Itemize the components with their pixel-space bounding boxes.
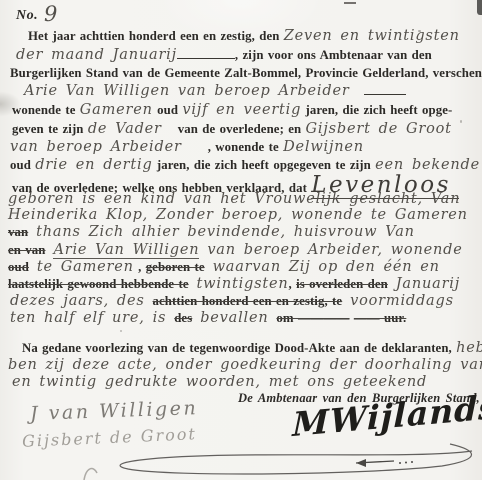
printed-text-struck: geboren te bbox=[146, 260, 205, 274]
blank-rule bbox=[364, 83, 406, 95]
handwritten-text: en twintig gedrukte woorden, met ons get… bbox=[12, 374, 427, 390]
document-line: ben zij deze acte, onder goedkeuring der… bbox=[8, 356, 482, 374]
handwritten-text: drie en dertig bbox=[35, 157, 152, 173]
document-line: Arie Van Willigen van beroep Arbeider bbox=[24, 82, 406, 100]
printed-text: , bbox=[134, 260, 146, 274]
scan-corner-mark bbox=[477, 0, 482, 15]
document-page: No. 9 Het jaar achttien honderd een en z… bbox=[0, 0, 482, 480]
printed-text-struck: oud bbox=[8, 260, 29, 274]
printed-text-struck: om ———— bbox=[276, 311, 349, 325]
document-line: Na gedane voorlezing van de tegenwoordig… bbox=[22, 339, 482, 357]
handwritten-text: Gameren bbox=[80, 102, 153, 118]
handwritten-text: heb bbox=[456, 340, 482, 356]
handwritten-text: Gijsbert de Groot bbox=[306, 121, 452, 137]
printed-text-struck: is overleden den bbox=[296, 277, 388, 291]
handwritten-text: Januarij bbox=[388, 276, 460, 292]
blank-rule bbox=[177, 47, 235, 59]
printed-text: Burgerlijken Stand van de Gemeente Zalt-… bbox=[10, 66, 482, 80]
printed-text-struck: laatstelijk gewoond hebbende te bbox=[8, 277, 189, 291]
printed-text: van de overledene; en bbox=[178, 122, 306, 136]
printed-text: jaren, die zich heeft opgegeven te zijn bbox=[153, 158, 376, 172]
printed-text-struck: en van bbox=[8, 243, 46, 257]
printed-text: jaren, die zich heeft opge- bbox=[301, 103, 452, 117]
handwritten-text: Delwijnen bbox=[283, 139, 364, 155]
printed-text-struck: —— uur. bbox=[354, 311, 406, 325]
handwritten-text: de Vader bbox=[88, 121, 162, 137]
handwritten-text: dezes jaars, des bbox=[10, 293, 153, 309]
printed-text: , wonende te bbox=[208, 140, 283, 154]
act-number-label: No. bbox=[16, 8, 38, 24]
scan-speck bbox=[460, 120, 462, 123]
handwritten-text: ten half elf ure, is bbox=[10, 310, 174, 326]
act-number-value: 9 bbox=[44, 2, 57, 26]
scan-speck bbox=[120, 330, 122, 332]
printed-text-struck: des bbox=[174, 311, 192, 325]
handwritten-text: voormiddags bbox=[342, 293, 454, 309]
document-line: Burgerlijken Stand van de Gemeente Zalt-… bbox=[10, 64, 482, 82]
document-line: dezes jaars, des achttien honderd een en… bbox=[10, 292, 454, 310]
handwritten-text: thans Zich alhier bevindende, huisvrouw … bbox=[28, 224, 415, 240]
printed-text: , zijn voor ons Ambtenaar van den bbox=[235, 48, 432, 62]
handwritten-text: bevallen bbox=[192, 310, 276, 326]
printed-text: oud bbox=[153, 103, 183, 117]
handwritten-text: Heinderika Klop, Zonder beroep, wonende … bbox=[8, 207, 468, 223]
printed-text: Het jaar achttien honderd een en zestig,… bbox=[28, 29, 284, 43]
handwritten-text: Arie Van Willigen van beroep Arbeider bbox=[24, 83, 350, 99]
handwritten-text: der maand Januarij bbox=[16, 47, 177, 63]
scan-dash-mark bbox=[344, 2, 356, 4]
handwritten-text: vijf en veertig bbox=[182, 102, 301, 118]
document-line: van thans Zich alhier bevindende, huisvr… bbox=[8, 223, 415, 241]
handwritten-text: waarvan Zij op den één en bbox=[205, 259, 440, 275]
document-line: Het jaar achttien honderd een en zestig,… bbox=[28, 27, 460, 45]
printed-text-struck: van bbox=[8, 225, 28, 239]
document-line: laatstelijk gewoond hebbende te twintigs… bbox=[8, 275, 460, 293]
printed-text: wonende te bbox=[12, 103, 80, 117]
document-line: geven te zijn de Vadervan de overledene;… bbox=[12, 120, 452, 138]
printed-text: oud bbox=[10, 158, 35, 172]
document-line: Heinderika Klop, Zonder beroep, wonende … bbox=[8, 206, 468, 224]
document-line: van de overledene; welke ons hebben verk… bbox=[12, 172, 459, 190]
document-line: van beroep Arbeider, wonende te Delwijne… bbox=[10, 138, 364, 156]
document-line: wonende te Gameren oud vijf en veertig j… bbox=[12, 101, 452, 119]
handwritten-text: ben zij deze acte, onder goedkeuring der… bbox=[8, 357, 482, 373]
printed-text: , bbox=[289, 277, 297, 291]
handwritten-text: twintigsten bbox=[189, 276, 289, 292]
handwritten-text: van beroep Arbeider bbox=[10, 139, 182, 155]
document-line: oud te Gameren , geboren te waarvan Zij … bbox=[8, 258, 440, 276]
printed-text: geven te zijn bbox=[12, 122, 88, 136]
handwritten-name-underlined: Arie Van Willigen bbox=[53, 242, 199, 259]
handwritten-text: te Gameren bbox=[29, 259, 134, 275]
handwritten-text: Zeven en twintigsten bbox=[284, 28, 460, 44]
scan-speck bbox=[418, 30, 421, 32]
handwritten-text: van beroep Arbeider, wonende bbox=[199, 242, 462, 258]
handwritten-text: een bekende bbox=[375, 157, 480, 173]
document-line: en van Arie Van Willigen van beroep Arbe… bbox=[8, 241, 463, 259]
signature-declarant-2: Gijsbert de Groot bbox=[22, 424, 198, 451]
printed-text-struck: achttien honderd een en zestig, te bbox=[153, 294, 343, 308]
document-line: ten half elf ure, is des bevallen om ———… bbox=[10, 309, 406, 327]
handwritten-text: geboren is een kind van het Vrouwelijk g… bbox=[8, 191, 460, 207]
signature-declarant-1: J van Willigen bbox=[30, 397, 199, 425]
cutoff-mark bbox=[84, 469, 97, 480]
document-line: der maand Januarij, zijn voor ons Ambten… bbox=[16, 46, 432, 64]
printed-text: Na gedane voorlezing van de tegenwoordig… bbox=[22, 341, 456, 355]
